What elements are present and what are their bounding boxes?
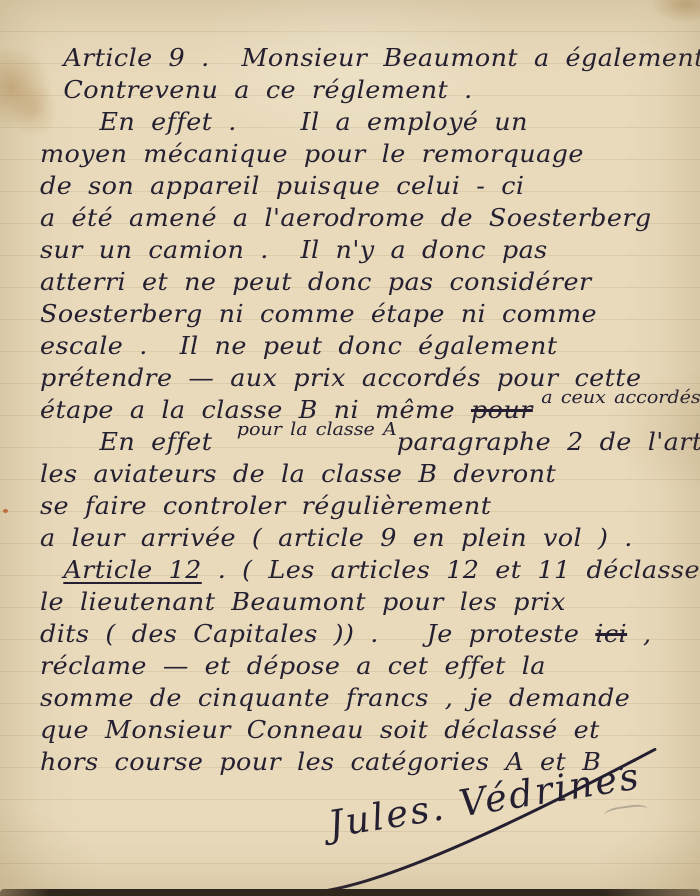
text-segment: escale . Il ne peut donc également	[40, 332, 557, 360]
letter-line: de son appareil puisque celui - ci	[40, 170, 700, 202]
text-segment: se faire controler régulièrement	[40, 492, 491, 520]
letter-body: Article 9 . Monsieur Beaumont a égalemen…	[40, 42, 700, 778]
text-segment: somme de cinquante francs , je demande	[40, 684, 630, 712]
inserted-text: pour la classe A	[237, 414, 397, 446]
text-segment: les aviateurs de la classe B devront	[40, 460, 556, 488]
text-segment: . ( Les articles 12 et 11 déclassent	[202, 556, 700, 584]
letter-page: Article 9 . Monsieur Beaumont a égalemen…	[0, 0, 700, 896]
letter-line: sur un camion . Il n'y a donc pas	[40, 234, 700, 266]
letter-line: En effet . Il a employé un	[40, 106, 700, 138]
text-segment: En effet . Il a employé un	[99, 108, 528, 136]
letter-line: a été amené a l'aerodrome de Soesterberg	[40, 202, 700, 234]
letter-line: se faire controler régulièrement	[40, 490, 700, 522]
struck-text: pour	[471, 396, 533, 424]
scan-edge	[0, 889, 700, 896]
text-segment: En effet	[99, 428, 228, 456]
red-ink-speck	[3, 509, 8, 513]
text-segment: atterri et ne peut donc pas considérer	[40, 268, 592, 296]
text-segment: ,	[627, 620, 651, 648]
inserted-text: a ceux accordés	[541, 382, 700, 414]
text-segment: a été amené a l'aerodrome de Soesterberg	[40, 204, 652, 232]
letter-line: atterri et ne peut donc pas considérer	[40, 266, 700, 298]
text-segment: réclame — et dépose a cet effet la	[40, 652, 546, 680]
letter-line: Contrevenu a ce réglement .	[40, 74, 700, 106]
letter-line: réclame — et dépose a cet effet la	[40, 650, 700, 682]
letter-line: somme de cinquante francs , je demande	[40, 682, 700, 714]
text-segment: de son appareil puisque celui - ci	[40, 172, 524, 200]
text-segment: Soesterberg ni comme étape ni comme	[40, 300, 597, 328]
letter-line: Article 9 . Monsieur Beaumont a égalemen…	[40, 42, 700, 74]
letter-line: a leur arrivée ( article 9 en plein vol …	[40, 522, 700, 554]
text-segment: paragraphe 2 de l'article	[397, 428, 700, 456]
text-segment: a leur arrivée ( article 9 en plein vol …	[40, 524, 633, 552]
text-segment: Contrevenu a ce réglement .	[63, 76, 472, 104]
text-segment: moyen mécanique pour le remorquage	[40, 140, 584, 168]
letter-line: les aviateurs de la classe B devront	[40, 458, 700, 490]
letter-line: escale . Il ne peut donc également	[40, 330, 700, 362]
letter-line: dits ( des Capitales )) . Je proteste ic…	[40, 618, 700, 650]
text-segment: Article 12	[63, 556, 201, 584]
letter-line: le lieutenant Beaumont pour les prix	[40, 586, 700, 618]
text-segment: dits ( des Capitales )) . Je proteste	[40, 620, 595, 648]
letter-line: moyen mécanique pour le remorquage	[40, 138, 700, 170]
struck-text: ici	[595, 620, 627, 648]
text-segment: Article 9 . Monsieur Beaumont a égalemen…	[63, 44, 700, 72]
letter-line: En effet pour la classe Aparagraphe 2 de…	[40, 426, 700, 458]
text-segment: que Monsieur Conneau soit déclassé et	[40, 716, 600, 744]
letter-line: Article 12 . ( Les articles 12 et 11 déc…	[40, 554, 700, 586]
text-segment: le lieutenant Beaumont pour les prix	[40, 588, 566, 616]
letter-line: Soesterberg ni comme étape ni comme	[40, 298, 700, 330]
text-segment: sur un camion . Il n'y a donc pas	[40, 236, 548, 264]
